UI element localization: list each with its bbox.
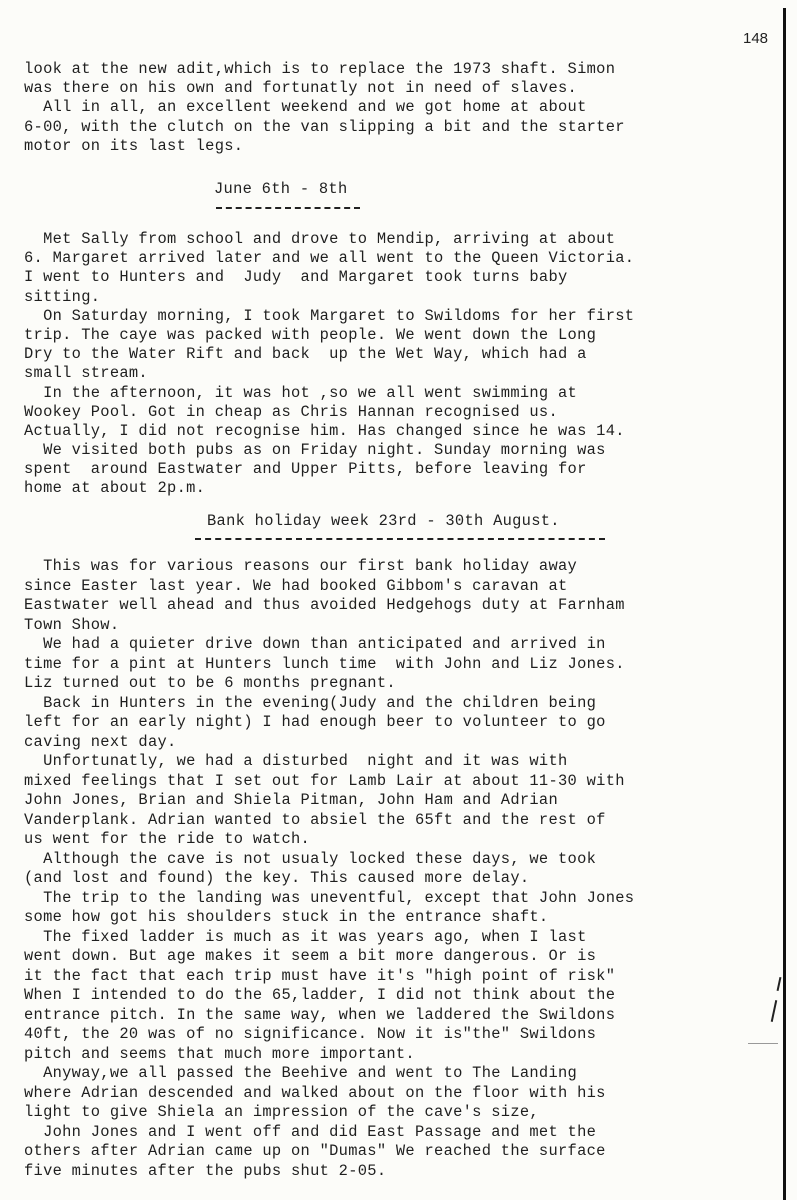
text-line: where Adrian descended and walked about … bbox=[24, 1084, 784, 1104]
text-line: John Jones and I went off and did East P… bbox=[24, 1123, 784, 1143]
text-line: it the fact that each trip must have it'… bbox=[24, 967, 784, 987]
text-line: John Jones, Brian and Shiela Pitman, Joh… bbox=[24, 791, 784, 811]
text-line: pitch and seems that much more important… bbox=[24, 1045, 784, 1065]
text-line: Vanderplank. Adrian wanted to absiel the… bbox=[24, 811, 784, 831]
text-line: The trip to the landing was uneventful, … bbox=[24, 889, 784, 909]
text-line: home at about 2p.m. bbox=[24, 479, 784, 498]
text-line: I went to Hunters and Judy and Margaret … bbox=[24, 268, 784, 287]
text-line: some how got his shoulders stuck in the … bbox=[24, 908, 784, 928]
text-line: spent around Eastwater and Upper Pitts, … bbox=[24, 460, 784, 479]
text-line: (and lost and found) the key. This cause… bbox=[24, 869, 784, 889]
text-line: We had a quieter drive down than anticip… bbox=[24, 635, 784, 655]
text-line: since Easter last year. We had booked Gi… bbox=[24, 577, 784, 597]
text-line: On Saturday morning, I took Margaret to … bbox=[24, 307, 784, 326]
text-line: entrance pitch. In the same way, when we… bbox=[24, 1006, 784, 1026]
stray-pencil-mark bbox=[748, 1043, 778, 1044]
heading-underline-bank-holiday bbox=[195, 538, 605, 540]
text-line: trip. The caye was packed with people. W… bbox=[24, 326, 784, 345]
text-line: caving next day. bbox=[24, 733, 784, 753]
text-line: This was for various reasons our first b… bbox=[24, 557, 784, 577]
paragraph-june-trip: Met Sally from school and drove to Mendi… bbox=[24, 230, 784, 499]
text-line: Town Show. bbox=[24, 616, 784, 636]
text-line: motor on its last legs. bbox=[24, 137, 784, 156]
text-line: went down. But age makes it seem a bit m… bbox=[24, 947, 784, 967]
text-line: Anyway,we all passed the Beehive and wen… bbox=[24, 1064, 784, 1084]
text-line: Actually, I did not recognise him. Has c… bbox=[24, 422, 784, 441]
text-line: others after Adrian came up on "Dumas" W… bbox=[24, 1142, 784, 1162]
section-heading-bank-holiday: Bank holiday week 23rd - 30th August. bbox=[207, 512, 560, 530]
text-line: time for a pint at Hunters lunch time wi… bbox=[24, 655, 784, 675]
text-line: We visited both pubs as on Friday night.… bbox=[24, 441, 784, 460]
text-line: Back in Hunters in the evening(Judy and … bbox=[24, 694, 784, 714]
paragraph-adit-weekend: look at the new adit,which is to replace… bbox=[24, 60, 784, 156]
text-line: When I intended to do the 65,ladder, I d… bbox=[24, 986, 784, 1006]
text-line: was there on his own and fortunatly not … bbox=[24, 79, 784, 98]
text-line: sitting. bbox=[24, 288, 784, 307]
heading-underline-june bbox=[216, 207, 360, 209]
text-line: Liz turned out to be 6 months pregnant. bbox=[24, 674, 784, 694]
text-line: us went for the ride to watch. bbox=[24, 830, 784, 850]
text-line: 40ft, the 20 was of no significance. Now… bbox=[24, 1025, 784, 1045]
text-line: mixed feelings that I set out for Lamb L… bbox=[24, 772, 784, 792]
text-line: look at the new adit,which is to replace… bbox=[24, 60, 784, 79]
text-line: Eastwater well ahead and thus avoided He… bbox=[24, 596, 784, 616]
page-number: 148 bbox=[743, 30, 768, 47]
paragraph-bank-holiday-trip: This was for various reasons our first b… bbox=[24, 557, 784, 1181]
text-line: 6-00, with the clutch on the van slippin… bbox=[24, 118, 784, 137]
text-line: small stream. bbox=[24, 364, 784, 383]
text-line: Although the cave is not usualy locked t… bbox=[24, 850, 784, 870]
text-line: 6. Margaret arrived later and we all wen… bbox=[24, 249, 784, 268]
text-line: In the afternoon, it was hot ,so we all … bbox=[24, 384, 784, 403]
text-line: Met Sally from school and drove to Mendi… bbox=[24, 230, 784, 249]
section-heading-june: June 6th - 8th bbox=[214, 180, 348, 198]
text-line: The fixed ladder is much as it was years… bbox=[24, 928, 784, 948]
text-line: five minutes after the pubs shut 2-05. bbox=[24, 1162, 784, 1182]
text-line: light to give Shiela an impression of th… bbox=[24, 1103, 784, 1123]
text-line: All in all, an excellent weekend and we … bbox=[24, 98, 784, 117]
document-page: 148 look at the new adit,which is to rep… bbox=[0, 0, 797, 1200]
text-line: Dry to the Water Rift and back up the We… bbox=[24, 345, 784, 364]
text-line: Wookey Pool. Got in cheap as Chris Hanna… bbox=[24, 403, 784, 422]
text-line: Unfortunatly, we had a disturbed night a… bbox=[24, 752, 784, 772]
text-line: left for an early night) I had enough be… bbox=[24, 713, 784, 733]
